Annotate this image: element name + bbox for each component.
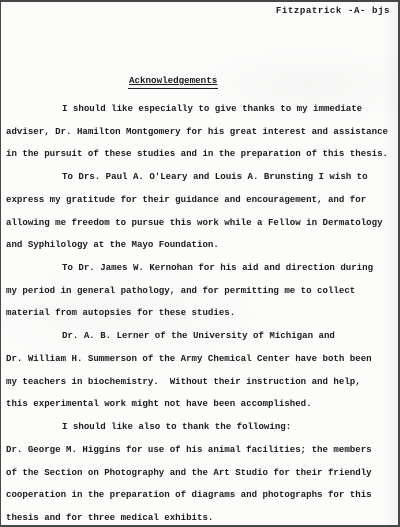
paragraph: Dr. A. B. Lerner of the University of Mi…: [6, 325, 394, 416]
text-line: I should like also to thank the followin…: [6, 416, 394, 439]
paragraph: I should like especially to give thanks …: [6, 98, 394, 166]
page-title: Acknowledgements: [128, 75, 218, 89]
paragraph: To Drs. Paul A. O'Leary and Louis A. Bru…: [6, 166, 394, 257]
text-line: this experimental work might not have be…: [6, 393, 394, 416]
header-note: Fitzpatrick -A- bjs: [276, 5, 390, 16]
text-line: allowing me freedom to pursue this work …: [6, 212, 394, 235]
document-body: I should like especially to give thanks …: [2, 98, 396, 527]
text-line: I should like especially to give thanks …: [6, 98, 394, 121]
text-line: of the Section on Photography and the Ar…: [6, 462, 394, 485]
title-wrap: Acknowledgements: [128, 70, 218, 89]
text-line: To Dr. James W. Kernohan for his aid and…: [6, 257, 394, 280]
text-line: To Drs. Paul A. O'Leary and Louis A. Bru…: [6, 166, 394, 189]
text-line: cooperation in the preparation of diagra…: [6, 484, 394, 507]
text-line: express my gratitude for their guidance …: [6, 189, 394, 212]
text-line: Dr. William H. Summerson of the Army Che…: [6, 348, 394, 371]
text-line: adviser, Dr. Hamilton Montgomery for his…: [6, 121, 394, 144]
text-line: Dr. A. B. Lerner of the University of Mi…: [6, 325, 394, 348]
scanned-document-page: Fitzpatrick -A- bjs Acknowledgements I s…: [0, 0, 400, 527]
text-line: Dr. George M. Higgins for use of his ani…: [6, 439, 394, 462]
text-line: and Syphilology at the Mayo Foundation.: [6, 234, 394, 257]
text-line: my teachers in biochemistry. Without the…: [6, 371, 394, 394]
paragraph: To Dr. James W. Kernohan for his aid and…: [6, 257, 394, 325]
paragraph: I should like also to thank the followin…: [6, 416, 394, 527]
text-line: in the pursuit of these studies and in t…: [6, 143, 394, 166]
text-line: material from autopsies for these studie…: [6, 302, 394, 325]
text-line: my period in general pathology, and for …: [6, 280, 394, 303]
text-line: thesis and for three medical exhibits.: [6, 507, 394, 527]
